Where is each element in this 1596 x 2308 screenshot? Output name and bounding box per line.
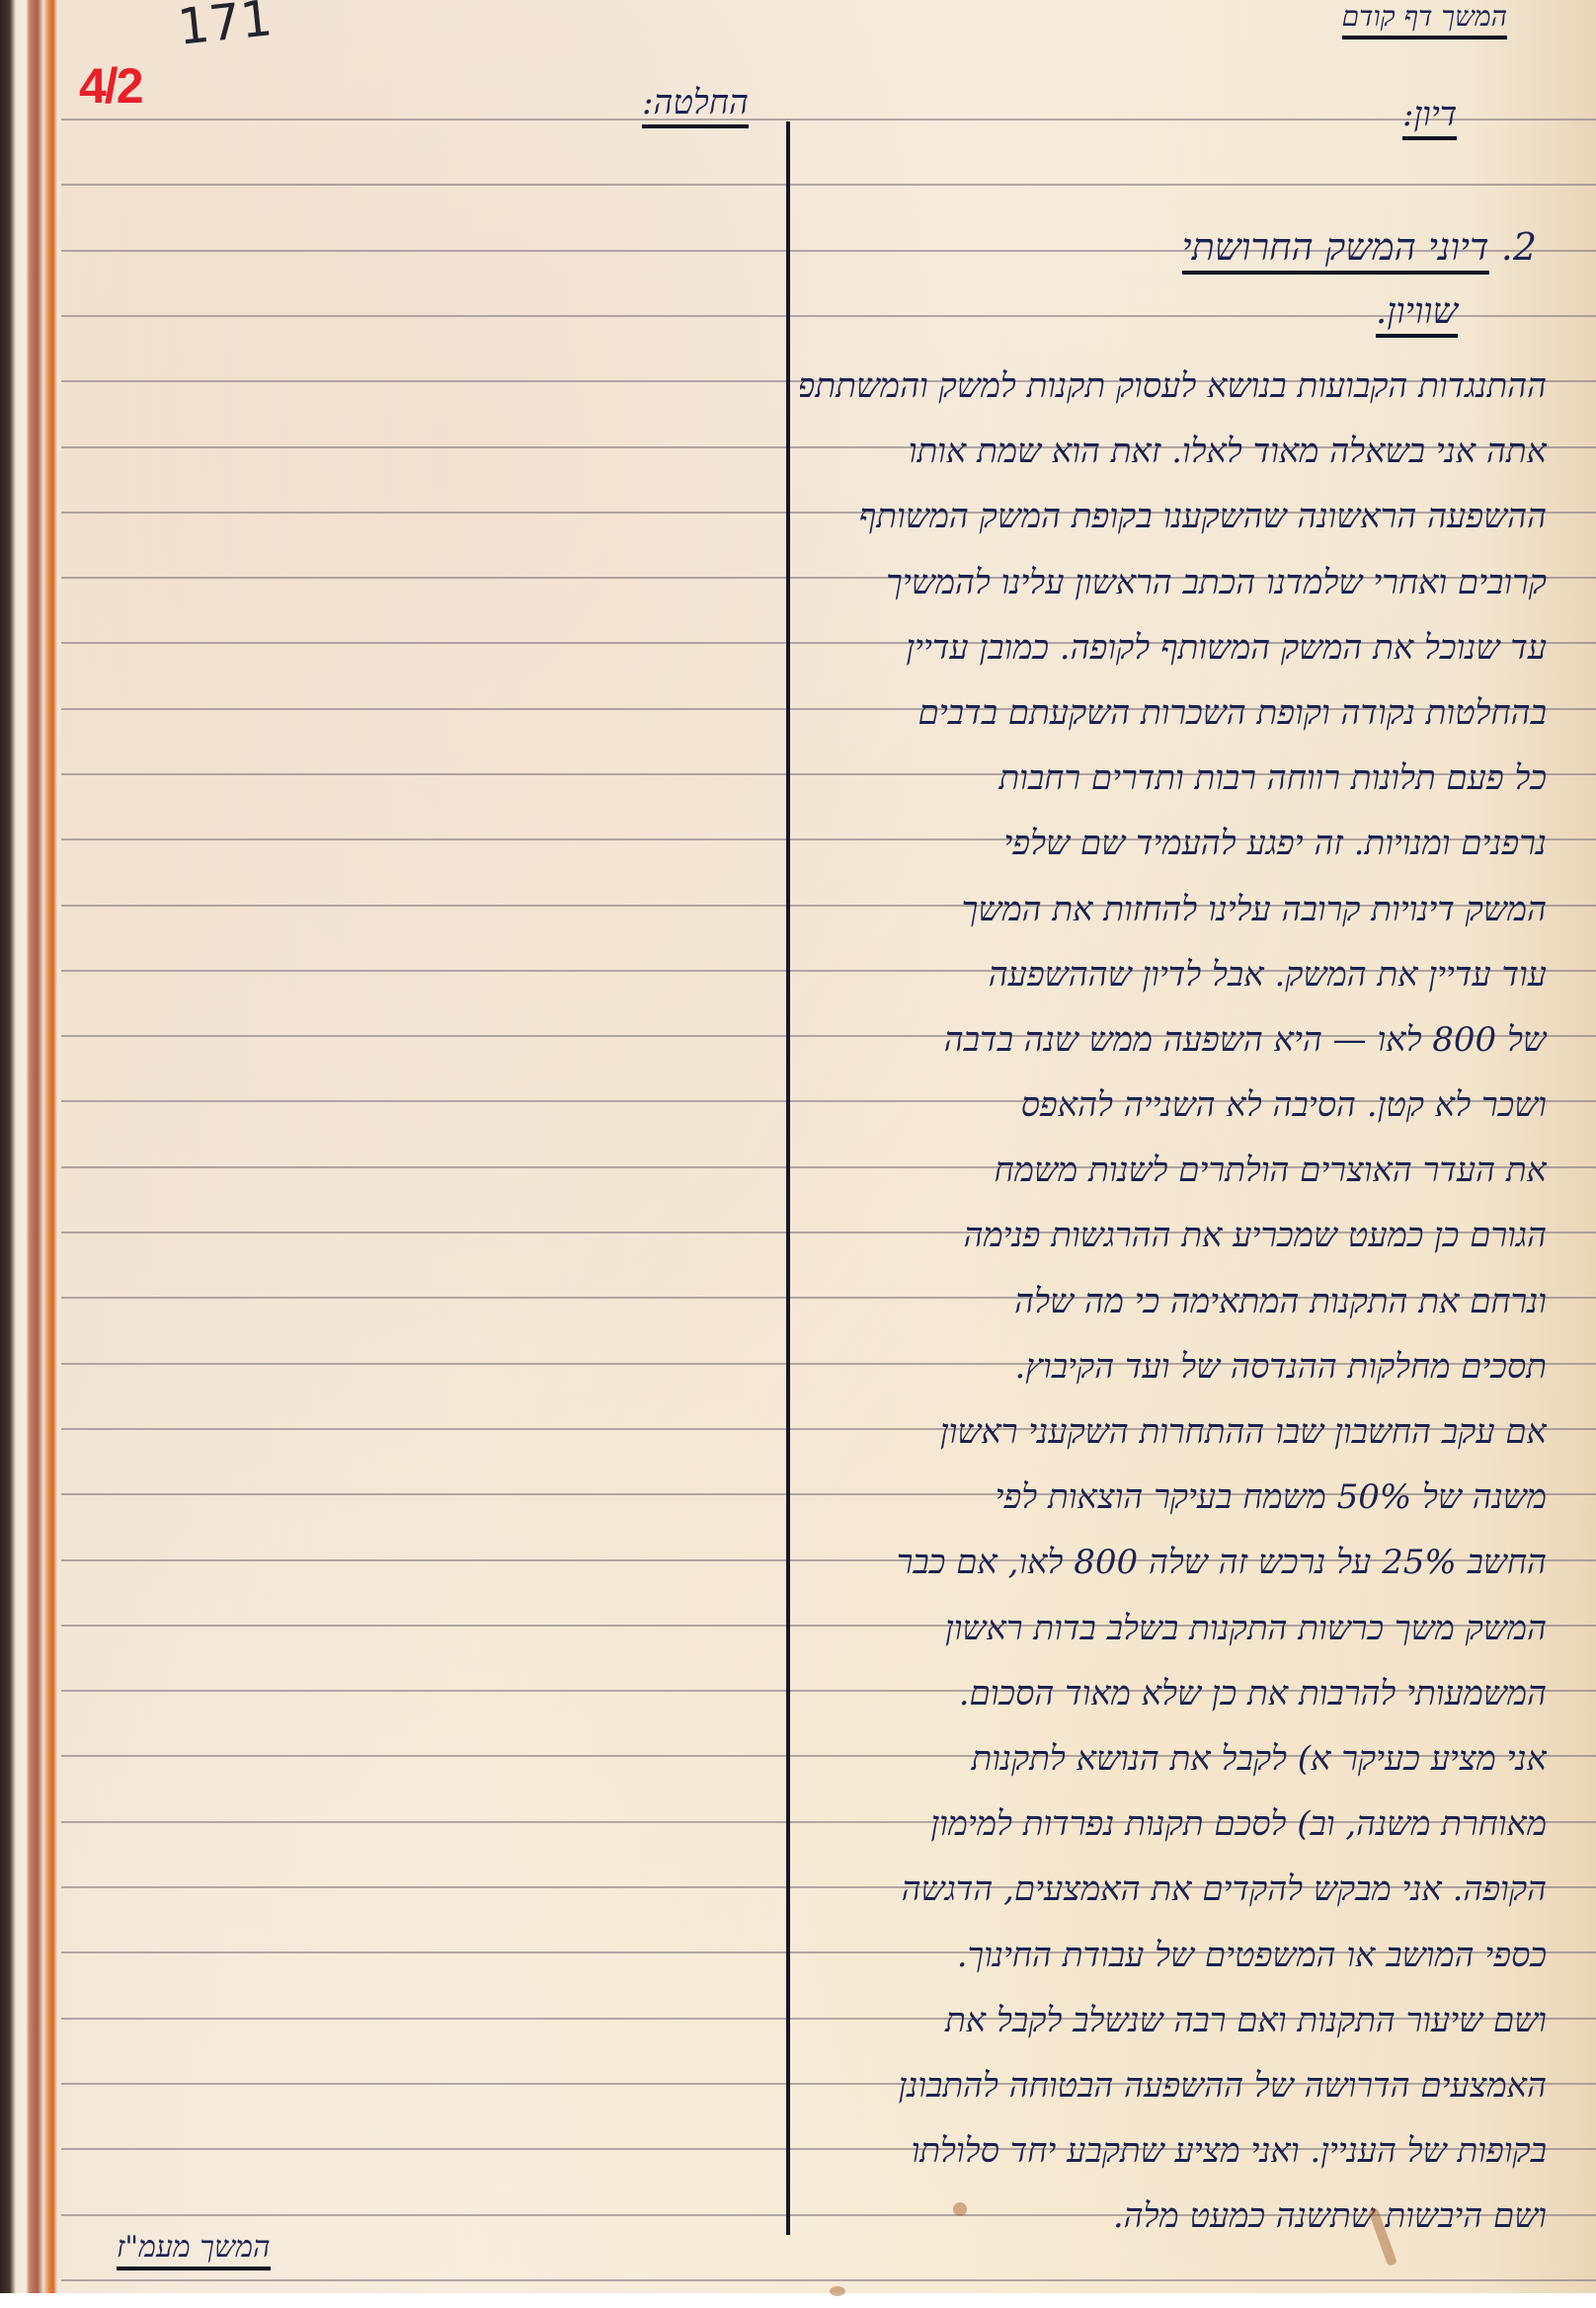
section-subtitle: שוויון. [1376,290,1458,338]
discussion-column-header: דיון: [1402,95,1457,140]
ruled-line [61,119,1596,120]
body-line: ושם שיעור התקנות ואם רבה שנשלב לקבל את [800,1988,1547,2053]
body-line: החשב 25% על נרכש זה שלה 800 לאו, אם כבר [800,1530,1547,1595]
body-line: של 800 לאו — היא השפעה ממש שנה בדבה [800,1007,1547,1073]
body-line: ונרחם את התקנות המתאימה כי מה שלה [800,1269,1547,1334]
body-line: הגורם כן כמעט שמכריע את ההרגשות פנימה [800,1203,1547,1268]
body-line: עד שנוכל את המשק המשותף לקופה. כמובן עדי… [800,615,1547,680]
body-line: המשק משך כרשות התקנות בשלב בדות ראשון [800,1596,1547,1661]
body-line: כספי המושב או המשפטים של עבודת החינוך. [800,1923,1547,1988]
body-line: אני מציע כעיקר א) לקבל את הנושא לתקנות [800,1726,1547,1791]
body-line: ושכר לא קטן. הסיבה לא השנייה להאפס [800,1073,1547,1138]
body-line: כל פעם תלונות רווחה רבות ותדרים רחבות [800,746,1547,811]
ruled-line [61,315,1596,317]
body-line: תסכים מחלקות ההנדסה של ועד הקיבוץ. [800,1334,1547,1399]
body-line: נרפנים ומנויות. זה יפגע להעמיד שם שלפי [800,811,1547,876]
body-line: ושם היבשות שתשנה כמעט מלה. [800,2184,1547,2249]
body-line: בהחלטות נקודה וקופת השכרות השקעתם בדבים [800,680,1547,746]
body-line: בקופות של העניין. ואני מציע שתקבע יחד סל… [800,2118,1547,2184]
body-line: ההתנגדות הקבועות בנושא לעסוק תקנות למשק … [800,354,1547,419]
continuation-footer: המשך מעמ"ז [117,2230,271,2270]
body-line: עוד עדיין את המשק. אבל לדיון שההשפעה [800,942,1547,1007]
body-line: ההשפעה הראשונה שהשקענו בקופת המשק המשותף [800,484,1547,549]
column-divider [786,121,790,2235]
ruled-line [61,2279,1596,2281]
decision-column-header: החלטה: [642,83,749,128]
body-line: אתה אני בשאלה מאוד לאלו. זאת הוא שמת אות… [800,419,1547,484]
book-binding [0,0,61,2293]
body-line: אם עקב החשבון שבו ההתחרות השקעני ראשון [800,1399,1547,1465]
ledger-page: 4/2 171 המשך דף קודם החלטה: דיון: 2. דיו… [0,0,1596,2293]
body-line: המשק דינויות קרובה עלינו להחזות את המשך [800,877,1547,942]
body-line: קרובים ואחרי שלמדנו הכתב הראשון עלינו לה… [800,550,1547,615]
section-number: 2. [1501,225,1537,269]
archive-label: 4/2 [79,57,142,115]
ruled-line [61,184,1596,186]
body-line: מאוחרת משנה, וב) לסכם תקנות נפרדות למימו… [800,1791,1547,1857]
continuation-header: המשך דף קודם [1342,0,1507,40]
body-line: האמצעים הדרושה של ההשפעה הבטוחה להתבונן [800,2053,1547,2118]
paper-stain [953,2202,967,2216]
section-heading: 2. דיוני המשק החרושתי [1182,225,1537,270]
section-title: דיוני המשק החרושתי [1182,225,1489,275]
body-line: את העדר האוצרים הולתרים לשנות משמח [800,1138,1547,1203]
body-line: הקופה. אני מבקש להקדים את האמצעים, הדגשה [800,1857,1547,1922]
body-line: משנה של 50% משמח בעיקר הוצאות לפי [800,1465,1547,1530]
page-number: 171 [175,0,275,56]
paper-stain [830,2286,845,2296]
discussion-body: ההתנגדות הקבועות בנושא לעסוק תקנות למשק … [800,354,1547,2249]
body-line: המשמעותי להרבות את כן שלא מאוד הסכום. [800,1661,1547,1726]
